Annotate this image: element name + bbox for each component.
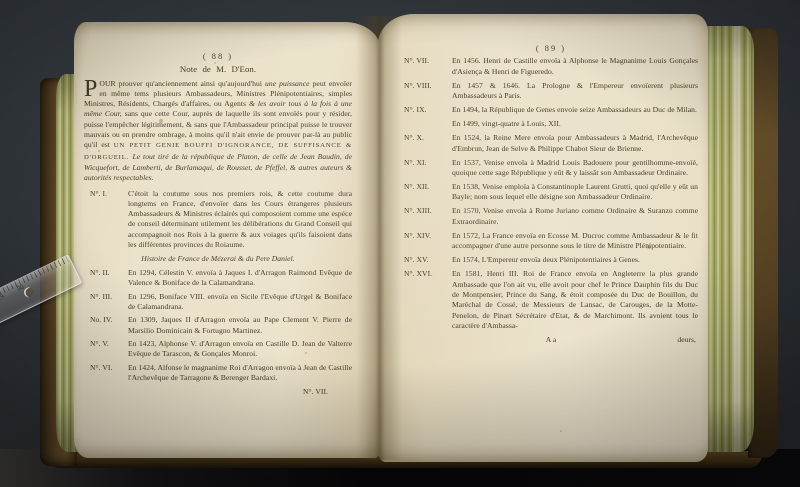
entry-row-iii: N°. III. En 1296, Boniface VIII. envoïa … xyxy=(84,292,352,313)
entry-text: En 1537, Venise envoïa à Madrid Louis Ba… xyxy=(452,158,698,177)
entry-text: En 1570, Venise envoïa à Rome Juriano co… xyxy=(452,206,698,225)
entry-label: N°. XVI. xyxy=(404,269,432,279)
entry-text: En 1456. Henri de Castille envoïa à Alph… xyxy=(452,56,698,75)
entry-text: En 1572, La France envoïa en Ecosse M. D… xyxy=(452,231,698,250)
entry-label: N°. V. xyxy=(90,339,109,349)
entry-text: En 1294, Célestin V. envoïa à Jaques I. … xyxy=(128,268,352,287)
entry-label: N°. II. xyxy=(90,268,110,278)
right-fore-edge xyxy=(700,26,754,452)
entry-row-ix: N°. IX. En 1494, la République de Genes … xyxy=(404,105,698,115)
note-title: Note de M. D'Eon. xyxy=(84,64,352,74)
entry-row-xii: N°. XII. En 1538, Venise emploïa à Const… xyxy=(404,182,698,203)
entry-row-v: N°. V. En 1423, Alphonse V. d'Arragon en… xyxy=(84,339,352,360)
paragraph-segment-italic: une puissance xyxy=(265,79,313,88)
page-89-number: ( 89 ) xyxy=(404,44,698,54)
entry-text: En 1538, Venise emploïa à Constantinople… xyxy=(452,182,698,201)
page-88-number: ( 88 ) xyxy=(84,52,352,62)
entry-row-xv: N°. XV. En 1574, L'Empereur envoïa deux … xyxy=(404,255,698,265)
entry-text: En 1574, L'Empereur envoïa deux Plénipot… xyxy=(452,255,640,264)
catchword-left: N°. VII. xyxy=(84,387,352,397)
entry-row-xvi: N°. XVI. En 1581, Henri III. Roi de Fran… xyxy=(404,269,698,331)
page-89-content: ( 89 ) N°. VII. En 1456. Henri de Castil… xyxy=(404,44,698,346)
entry-label: N°. I. xyxy=(90,189,107,199)
entry-text: En 1309, Jaques II d'Arragon envoïa au P… xyxy=(128,315,352,334)
drop-cap: P xyxy=(84,79,99,99)
entry-row-xi: N°. XI. En 1537, Venise envoïa à Madrid … xyxy=(404,158,698,179)
entry-label: N°. VIII. xyxy=(404,81,432,91)
entry-text: C'étoit la coutume sous nos premiers roi… xyxy=(128,189,352,249)
entry-text: En 1494, la République de Genes envoie s… xyxy=(452,105,697,114)
entry-text: En 1457 & 1646. La Prologne & l'Empereur… xyxy=(452,81,698,100)
catchword-right: deurs, xyxy=(677,335,696,345)
entry-label: N°. XIV. xyxy=(404,231,431,241)
entry-text: En 1499, vingt-quatre à Louis, XII. xyxy=(452,119,561,128)
entry-label: N°. VI. xyxy=(90,363,112,373)
entry-row-vi: N°. VI. En 1424, Alfonse le magnanime Ro… xyxy=(84,363,352,384)
entry-label: N°. III. xyxy=(90,292,112,302)
entry-row-ix-continuation: En 1499, vingt-quatre à Louis, XII. xyxy=(404,119,698,129)
source-citation: Histoire de France de Mézerai & du Pere … xyxy=(84,254,352,264)
note-paragraph: POUR prouver qu'anciennement ainsi qu'au… xyxy=(84,79,352,184)
foxing-spots xyxy=(0,0,2,2)
entry-row-i: N°. I. C'étoit la coutume sous nos premi… xyxy=(84,189,352,251)
entry-text: En 1423, Alphonse V. d'Arragon envoïa en… xyxy=(128,339,352,358)
signature-mark: A a xyxy=(404,335,698,345)
entry-row-viii: N°. VIII. En 1457 & 1646. La Prologne & … xyxy=(404,81,698,102)
entry-text: En 1424, Alfonse le magnanime Roi d'Arra… xyxy=(128,363,352,382)
entry-label: N°. VII. xyxy=(404,56,429,66)
entry-label: N°. IX. xyxy=(404,105,427,115)
entry-text: En 1296, Boniface VIII. envoïa en Sicile… xyxy=(128,292,352,311)
paragraph-segment: OUR prouver qu'anciennement ainsi qu'auj… xyxy=(99,79,265,88)
entry-text: En 1581, Henri III. Roi de France envoïa… xyxy=(452,269,698,329)
ruler-mark-29: 29 xyxy=(0,294,5,302)
photo-background: ( 88 ) Note de M. D'Eon. POUR prouver qu… xyxy=(0,0,800,487)
entry-label: N°. XI. xyxy=(404,158,427,168)
entry-row-vii: N°. VII. En 1456. Henri de Castille envo… xyxy=(404,56,698,77)
entry-row-x: N°. X. En 1524, la Reine Mere envoïa pou… xyxy=(404,133,698,154)
entry-row-xiv: N°. XIV. En 1572, La France envoïa en Ec… xyxy=(404,231,698,252)
entry-label: N°. XV. xyxy=(404,255,429,265)
entry-text: En 1524, la Reine Mere envoïa pour Ambas… xyxy=(452,133,698,152)
page-88-content: ( 88 ) Note de M. D'Eon. POUR prouver qu… xyxy=(84,52,352,397)
entry-row-xiii: N°. XIII. En 1570, Venise envoïa à Rome … xyxy=(404,206,698,227)
signature-row: A a deurs, xyxy=(404,335,698,346)
entry-label: N°. X. xyxy=(404,133,424,143)
entry-label: N°. XIII. xyxy=(404,206,432,216)
entry-row-iv: No. IV. En 1309, Jaques II d'Arragon env… xyxy=(84,315,352,336)
entry-label: N°. XII. xyxy=(404,182,429,192)
entry-row-ii: N°. II. En 1294, Célestin V. envoïa à Ja… xyxy=(84,268,352,289)
entry-label: No. IV. xyxy=(90,315,112,325)
